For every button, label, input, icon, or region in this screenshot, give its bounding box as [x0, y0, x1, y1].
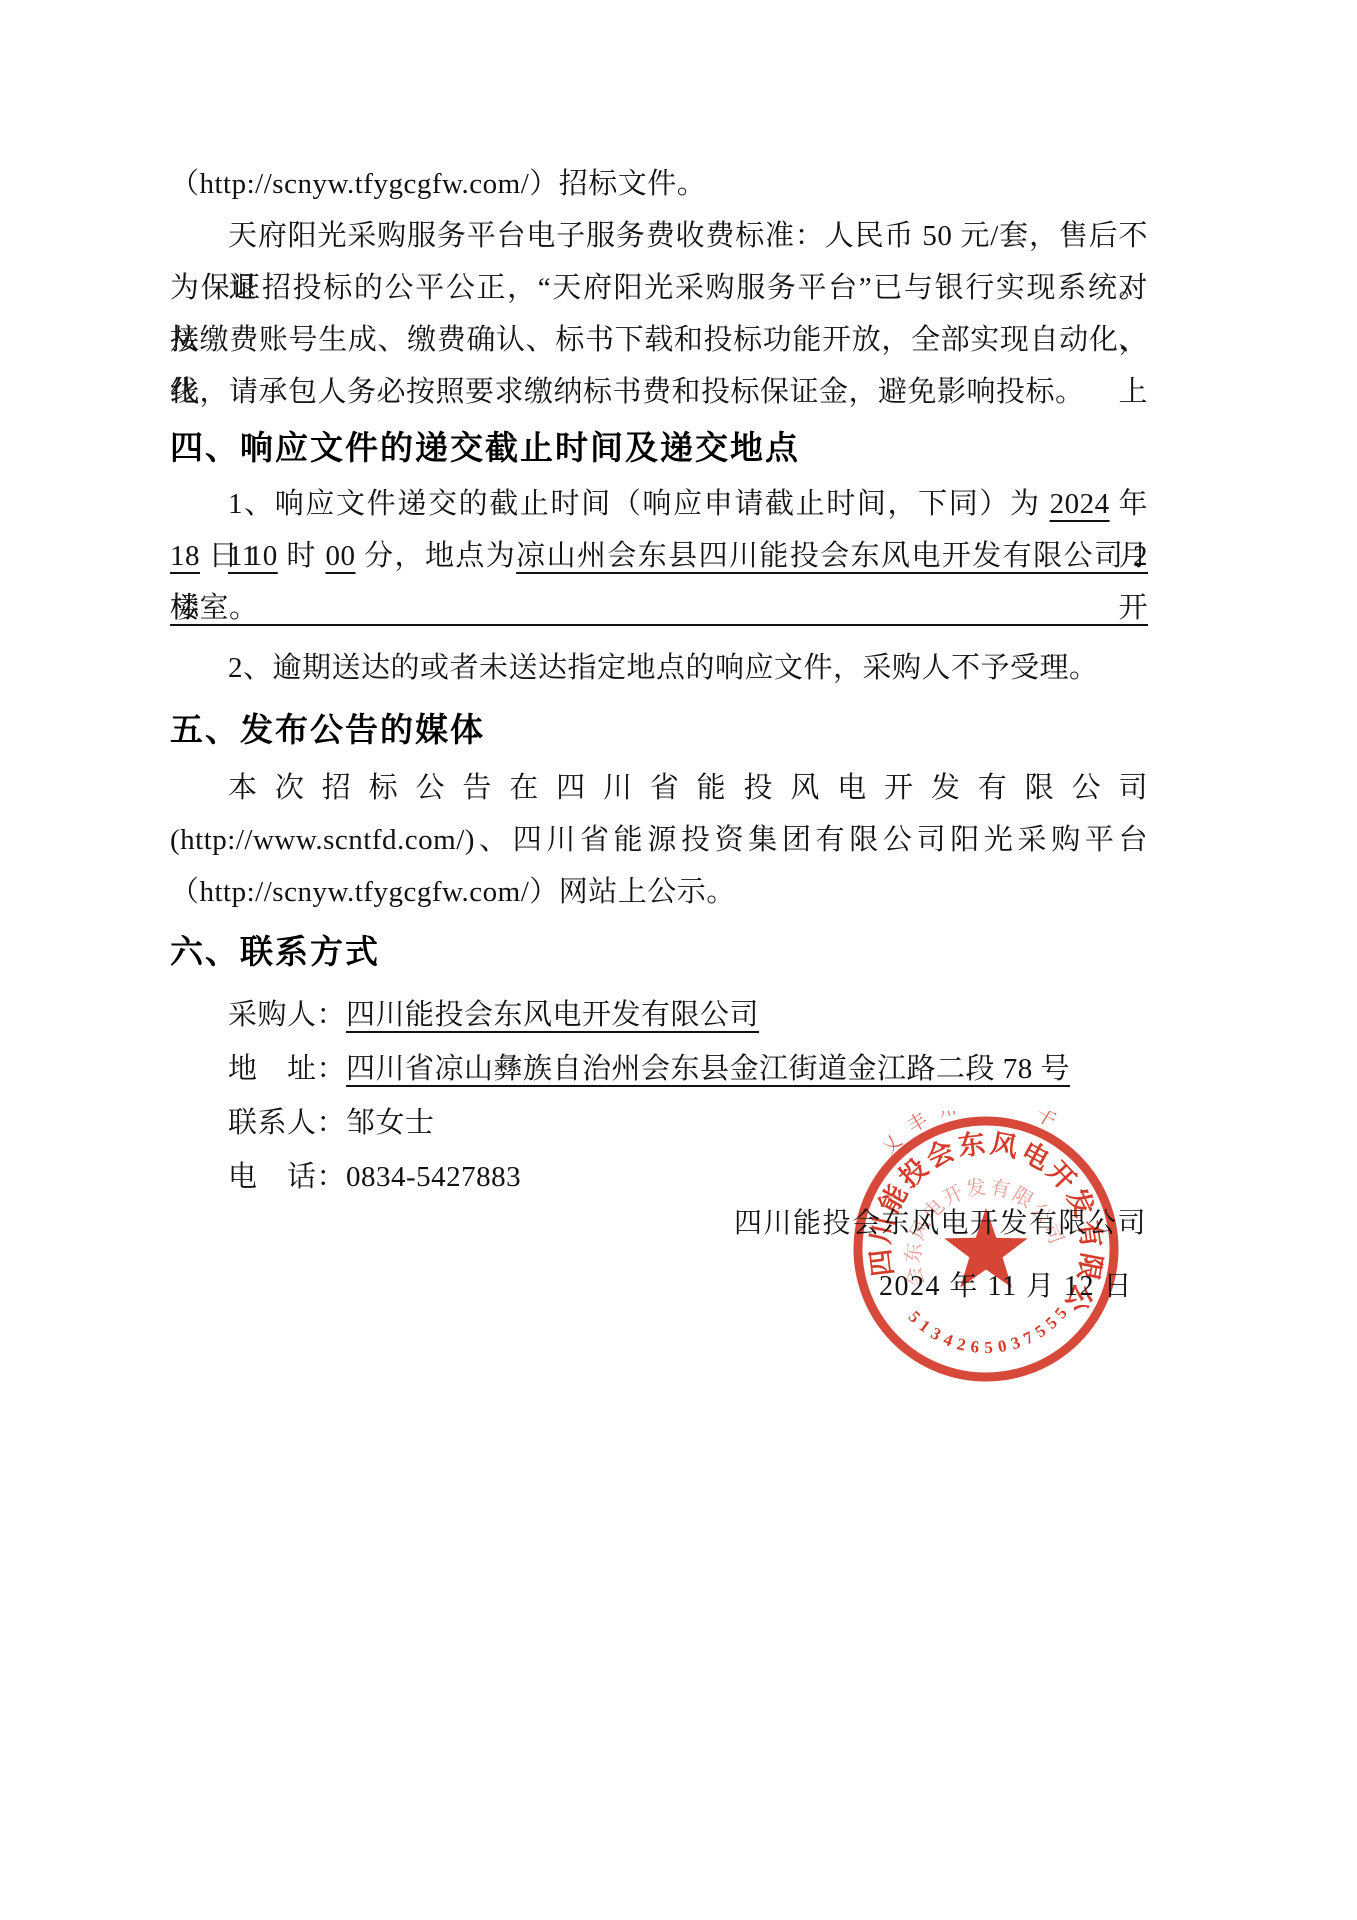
- deadline-paragraph: 1、响应文件递交的截止时间（响应申请截止时间，下同）为 2024 年 11 月1…: [170, 478, 1148, 634]
- text-line: 为保证招投标的公平公正，“天府阳光采购服务平台”已与银行实现系统对接，: [170, 262, 1148, 314]
- text-line: 采购人：四川能投会东风电开发有限公司: [170, 988, 1148, 1042]
- text-line: （http://scnyw.tfygcgfw.com/）招标文件。: [170, 158, 1148, 210]
- text-line: (http://www.scntfd.com/)、四川省能源投资集团有限公司阳光…: [170, 814, 1148, 866]
- signature-date: 2024 年 11 月 12 日: [879, 1264, 1133, 1304]
- platform-fee-paragraph: 天府阳光采购服务平台电子服务费收费标准：人民币 50 元/套，售后不退。为保证招…: [170, 210, 1148, 418]
- page: { "page": {"background": "#ffffff", "tex…: [0, 0, 1357, 1920]
- heading-line: 四、响应文件的递交截止时间及递交地点: [170, 418, 1148, 478]
- text-line: 地 址：四川省凉山彝族自治州会东县金江街道金江路二段 78 号: [170, 1042, 1148, 1096]
- signature-company: 四川能投会东风电开发有限公司: [734, 1201, 1147, 1241]
- heading-line: 五、发布公告的媒体: [170, 700, 1148, 760]
- heading-line: 六、联系方式: [170, 922, 1148, 982]
- tender-file-url-line: （http://scnyw.tfygcgfw.com/）招标文件。: [170, 158, 1148, 210]
- text-line: 2、逾期送达的或者未送达指定地点的响应文件，采购人不予受理。: [170, 642, 1148, 694]
- text-line: 天府阳光采购服务平台电子服务费收费标准：人民币 50 元/套，售后不退。: [170, 210, 1148, 262]
- stamp-serial-number: 5134265037555: [905, 1299, 1075, 1357]
- text-line: 从缴费账号生成、缴费确认、标书下载和投标功能开放，全部实现自动化、线上: [170, 314, 1148, 366]
- section-5-heading: 五、发布公告的媒体: [170, 700, 1148, 760]
- section-4-heading: 四、响应文件的递交截止时间及递交地点: [170, 418, 1148, 478]
- text-line: 1、响应文件递交的截止时间（响应申请截止时间，下同）为 2024 年 11 月: [170, 478, 1148, 530]
- announcement-media-paragraph: 本次招标公告在四川省能投风电开发有限公司(http://www.scntfd.c…: [170, 762, 1148, 918]
- text-line: 化，请承包人务必按照要求缴纳标书费和投标保证金，避免影响投标。: [170, 366, 1148, 418]
- company-seal-stamp: 四川能投会东风电开发有限公司 乂丰卅米夕干 会东风电开发有限公司 5134265…: [848, 1111, 1124, 1387]
- text-line: 本次招标公告在四川省能投风电开发有限公司: [170, 762, 1148, 814]
- document-body: （http://scnyw.tfygcgfw.com/）招标文件。天府阳光采购服…: [170, 158, 1148, 1204]
- late-delivery-paragraph: 2、逾期送达的或者未送达指定地点的响应文件，采购人不予受理。: [170, 642, 1148, 694]
- text-line: （http://scnyw.tfygcgfw.com/）网站上公示。: [170, 866, 1148, 918]
- section-6-heading: 六、联系方式: [170, 922, 1148, 982]
- text-line: 18 日 10 时 00 分，地点为凉山州会东县四川能投会东风电开发有限公司 2…: [170, 530, 1148, 582]
